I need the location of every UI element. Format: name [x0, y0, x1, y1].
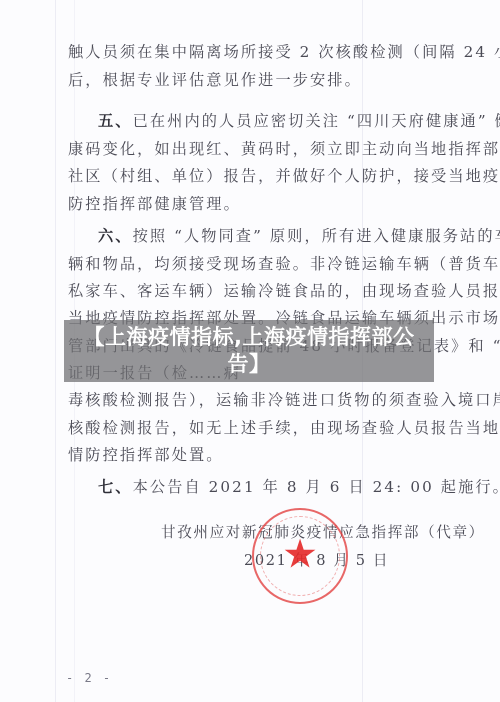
line-text: 本公告自 2021 年 8 月 6 日 24: 00 起施行。	[133, 478, 500, 496]
line-text: 私家车、客运车辆）运输冷链食品的，由现场查验人员报告	[68, 282, 500, 300]
line-text: 辆和物品，均须接受现场查验。非冷链运输车辆（普货车、	[68, 255, 500, 273]
title-banner: 【上海疫情指标,上海疫情指挥部公告】	[64, 320, 434, 382]
line-text: 防控指挥部健康管理。	[68, 195, 241, 213]
document-line: 情防控指挥部处置。	[68, 445, 436, 465]
official-seal: ★	[252, 508, 348, 604]
line-text: 康码变化，如出现红、黄码时，须立即主动向当地指挥部或	[68, 140, 500, 158]
document-line: 社区（村组、单位）报告，并做好个人防护，接受当地疫情	[68, 166, 436, 186]
document-line: 私家车、客运车辆）运输冷链食品的，由现场查验人员报告	[68, 281, 436, 301]
document-line: 康码变化，如出现红、黄码时，须立即主动向当地指挥部或	[68, 139, 436, 159]
document-line: 触人员须在集中隔离场所接受 2 次核酸检测（间隔 24 小时）	[68, 42, 436, 62]
page-number: - 2 -	[66, 671, 112, 685]
line-text: 后，根据专业评估意见作进一步安排。	[68, 71, 362, 89]
document-line: 防控指挥部健康管理。	[68, 194, 436, 214]
line-text: 核酸检测报告，如无上述手续，由现场查验人员报告当地疫	[68, 419, 500, 437]
section-number: 七、	[98, 478, 133, 496]
document-line: 七、本公告自 2021 年 8 月 6 日 24: 00 起施行。	[98, 477, 436, 497]
document-line: 后，根据专业评估意见作进一步安排。	[68, 70, 436, 90]
document-line: 核酸检测报告，如无上述手续，由现场查验人员报告当地疫	[68, 418, 436, 438]
line-text: 情防控指挥部处置。	[68, 446, 224, 464]
line-text: 社区（村组、单位）报告，并做好个人防护，接受当地疫情	[68, 167, 500, 185]
line-text: 已在州内的人员应密切关注 “四川天府健康通” 健	[133, 112, 500, 130]
section-number: 五、	[98, 112, 133, 130]
document-line: 六、按照 “人物同查” 原则，所有进入健康服务站的车	[98, 226, 436, 246]
star-icon: ★	[282, 534, 318, 574]
section-number: 六、	[98, 227, 133, 245]
article-title: 【上海疫情指标,上海疫情指挥部公告】	[72, 324, 426, 378]
document-line: 毒核酸检测报告），运输非冷链进口货物的须查验入境口岸	[68, 390, 436, 410]
scan-edge-line	[55, 0, 56, 702]
line-text: 触人员须在集中隔离场所接受 2 次核酸检测（间隔 24 小时）	[68, 43, 500, 61]
line-text: 按照 “人物同查” 原则，所有进入健康服务站的车	[133, 227, 500, 245]
document-line: 五、已在州内的人员应密切关注 “四川天府健康通” 健	[98, 111, 436, 131]
line-text: 毒核酸检测报告），运输非冷链进口货物的须查验入境口岸	[68, 391, 500, 409]
document-line: 辆和物品，均须接受现场查验。非冷链运输车辆（普货车、	[68, 254, 436, 274]
